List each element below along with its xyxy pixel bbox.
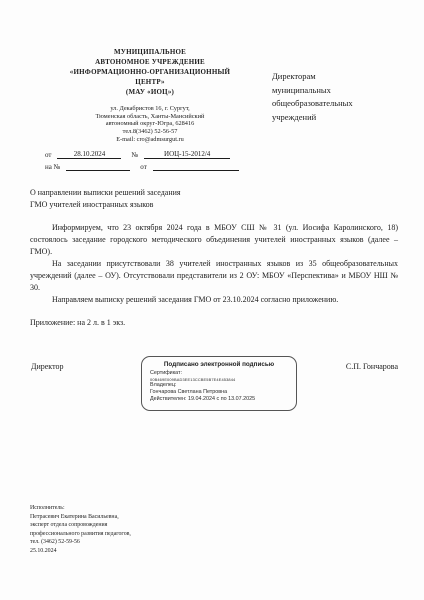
executor-name: Петрасевич Екатерина Васильевна,	[30, 513, 220, 522]
org-name-line: «ИНФОРМАЦИОННО-ОРГАНИЗАЦИОННЫЙ	[30, 67, 270, 77]
org-name-line: АВТОНОМНОЕ УЧРЕЖДЕНИЕ	[30, 57, 270, 67]
stamp-owner-name: Гончарова Светлана Петровна	[150, 389, 288, 396]
letter-body: Информируем, что 23 октября 2024 года в …	[30, 222, 398, 306]
reference-row-outgoing: от 28.10.2024 № ИОЦ-15-2012/4	[45, 150, 255, 159]
ref-number-value: ИОЦ-15-2012/4	[144, 150, 230, 159]
address-line: ул. Декабристов 16, г. Сургут,	[30, 105, 270, 113]
ref-date-value: 28.10.2024	[57, 150, 121, 159]
reference-block: от 28.10.2024 № ИОЦ-15-2012/4 на № от	[45, 150, 255, 175]
stamp-title: Подписано электронной подписью	[150, 361, 288, 368]
address-line: автономный округ-Югра, 628416	[30, 120, 270, 128]
org-name-line: МУНИЦИПАЛЬНОЕ	[30, 47, 270, 57]
executor-date: 25.10.2024	[30, 547, 220, 556]
addressee-block: Директорам муниципальных общеобразовател…	[272, 70, 412, 124]
signer-position: Директор	[31, 362, 63, 371]
signer-name: С.П. Гончарова	[346, 362, 398, 371]
addressee-line: учреждений	[272, 111, 412, 125]
ref-on-number-label: на №	[45, 163, 60, 171]
ref-number-label: №	[131, 151, 138, 159]
document-page: МУНИЦИПАЛЬНОЕ АВТОНОМНОЕ УЧРЕЖДЕНИЕ «ИНФ…	[0, 0, 424, 600]
subject-line: ГМО учителей иностранных языков	[30, 199, 280, 211]
ref-on-number-blank	[66, 170, 130, 171]
executor-phone: тел. (3462) 52-59-56	[30, 538, 220, 547]
letterhead-address: ул. Декабристов 16, г. Сургут, Тюменская…	[30, 105, 270, 144]
address-email: E-mail: cro@admsurgut.ru	[30, 136, 270, 144]
letter-subject: О направлении выписки решений заседания …	[30, 187, 280, 211]
address-line: Тюменская область, Ханты-Мансийский	[30, 113, 270, 121]
addressee-line: муниципальных	[272, 84, 412, 98]
stamp-owner-label: Владелец:	[150, 382, 288, 389]
org-name-line: ЦЕНТР»	[30, 77, 270, 87]
executor-title-line: профессионального развития педагогов,	[30, 530, 220, 539]
executor-label: Исполнитель:	[30, 504, 220, 513]
stamp-certificate-label: Сертификат:	[150, 370, 288, 377]
digital-signature-stamp: Подписано электронной подписью Сертифика…	[141, 356, 297, 411]
ref-on-date-blank	[153, 170, 239, 171]
subject-line: О направлении выписки решений заседания	[30, 187, 280, 199]
body-paragraph-3: Направляем выписку решений заседания ГМО…	[30, 294, 398, 306]
executor-title-line: эксперт отдела сопровождения	[30, 521, 220, 530]
body-paragraph-1: Информируем, что 23 октября 2024 года в …	[30, 222, 398, 258]
ref-from-label: от	[45, 151, 51, 159]
executor-block: Исполнитель: Петрасевич Екатерина Василь…	[30, 504, 220, 556]
attachment-note: Приложение: на 2 л. в 1 экз.	[30, 318, 398, 327]
addressee-line: общеобразовательных	[272, 97, 412, 111]
letterhead-org-name: МУНИЦИПАЛЬНОЕ АВТОНОМНОЕ УЧРЕЖДЕНИЕ «ИНФ…	[30, 47, 270, 97]
stamp-validity: Действителен: 19.04.2024 с по 13.07.2025	[150, 396, 288, 403]
address-line: тел.8(3462) 52-56-57	[30, 128, 270, 136]
ref-on-from-label: от	[140, 163, 146, 171]
org-name-line: (МАУ «ИОЦ»)	[30, 87, 270, 97]
reference-row-incoming: на № от	[45, 163, 255, 171]
addressee-line: Директорам	[272, 70, 412, 84]
body-paragraph-2: На заседании присутствовали 38 учителей …	[30, 258, 398, 294]
